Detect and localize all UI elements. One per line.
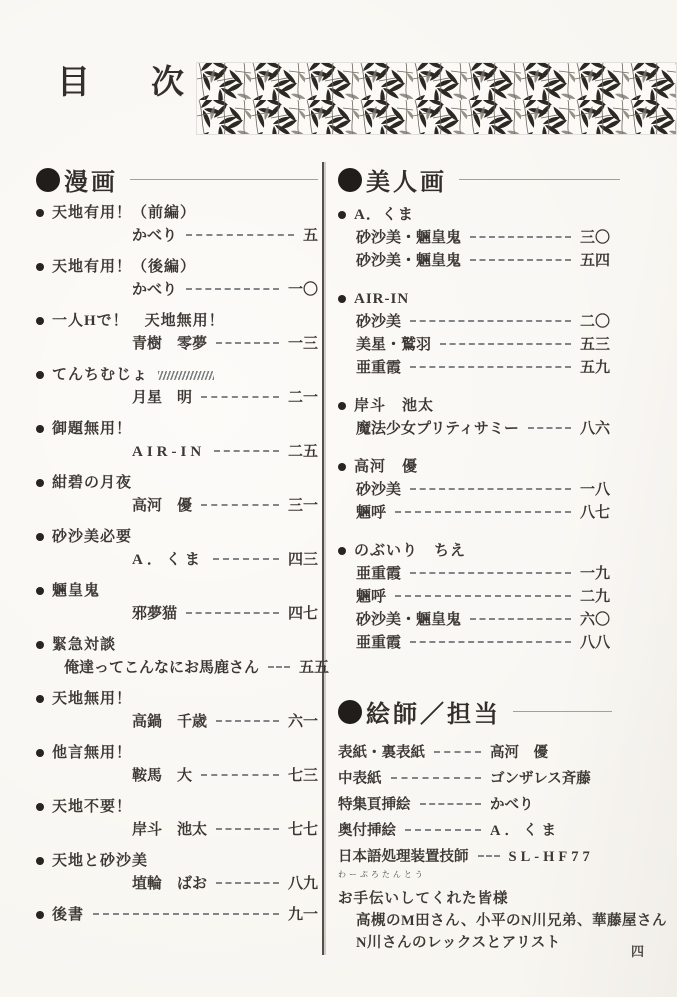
- bullet-icon: [36, 479, 44, 487]
- bullet-icon: [36, 533, 44, 541]
- dashed-leader: [470, 236, 571, 238]
- bullet-icon: [36, 803, 44, 811]
- artist-name: 岸斗 池太: [132, 820, 207, 840]
- artist-name: 岸斗 池太: [354, 396, 434, 416]
- entry-title-line: 緊急対談: [36, 635, 318, 655]
- page-number: 四七: [288, 604, 318, 624]
- page-number: 三〇: [580, 228, 610, 248]
- dashed-leader: [216, 882, 279, 884]
- page-number: 一八: [580, 480, 610, 500]
- dashed-leader: [470, 618, 571, 620]
- entry-credit-line: AIR-IN二五: [132, 442, 318, 462]
- thanks-line: 高槻のM田さん、小平のN川兄弟、華藤屋さん: [356, 910, 630, 932]
- dashed-leader: [410, 641, 571, 643]
- illustration-row: 美星・鷲羽五三: [356, 335, 610, 355]
- dashed-leader: [201, 774, 279, 776]
- credit-row: 特集頁挿絵かべり: [338, 796, 618, 815]
- folio-page-number: 四: [631, 941, 644, 960]
- entry-title-line: 御題無用！: [36, 419, 318, 439]
- entry-title-line: 天地と砂沙美: [36, 851, 318, 871]
- section-dot-icon: [36, 168, 60, 192]
- entry-credit-line: 青樹 零夢一三: [132, 334, 318, 354]
- bullet-icon: [338, 547, 346, 555]
- page-number: 九一: [288, 905, 318, 925]
- section-dot-icon: [338, 700, 362, 724]
- scanned-toc-page: 目 次: [0, 0, 677, 997]
- artist-group-header: 高河 優: [338, 457, 610, 477]
- illustration-title: 亜重霞: [356, 358, 401, 378]
- entry-credit-line: A．くま四三: [132, 550, 318, 570]
- dashed-leader: [201, 504, 279, 506]
- page-number: 八九: [288, 874, 318, 894]
- credit-row: 中表紙ゴンザレス斉藤: [338, 770, 618, 789]
- dashed-leader: [186, 234, 294, 236]
- illustration-title: 亜重霞: [356, 564, 401, 584]
- entry-title: 一人Hで！ 天地無用！: [52, 311, 225, 331]
- bullet-icon: [36, 587, 44, 595]
- credit-person-name: かべり: [490, 796, 618, 815]
- dashed-leader: [201, 396, 279, 398]
- page-number: 一〇: [288, 280, 318, 300]
- section-header-bijinga: 美人画: [338, 162, 622, 197]
- page-number: 一三: [288, 334, 318, 354]
- dashed-leader: [395, 595, 571, 597]
- section-label: 美人画: [366, 162, 447, 197]
- dashed-leader: [434, 751, 481, 753]
- page-number: 三一: [288, 496, 318, 516]
- illustration-title: 砂沙美・魎皇鬼: [356, 251, 461, 271]
- thanks-block: お手伝いしてくれた皆様 高槻のM田さん、小平のN川兄弟、華藤屋さん N川さんのレ…: [338, 888, 630, 954]
- dashed-leader: [216, 720, 279, 722]
- toc-entry: 緊急対談俺達ってこんなにお馬鹿さん五五: [36, 635, 318, 678]
- entry-title: 後書: [52, 905, 84, 925]
- illustration-row: 砂沙美・魎皇鬼六〇: [356, 610, 610, 630]
- entry-credit-line: かべり五: [132, 226, 318, 246]
- page-number: 四三: [288, 550, 318, 570]
- entry-credit-line: 高河 優三一: [132, 496, 318, 516]
- artist-name: A．くま: [354, 205, 414, 225]
- artist-name: 埴輪 ばお: [132, 874, 207, 894]
- dashed-leader: [186, 288, 279, 290]
- artist-name: AIR-IN: [354, 289, 409, 309]
- credit-role-label: 中表紙: [338, 770, 382, 789]
- bamboo-pattern-band: [196, 62, 677, 135]
- illustration-title: 魎呼: [356, 503, 386, 523]
- dashed-leader: [216, 828, 279, 830]
- page-number: 八八: [580, 633, 610, 653]
- artist-group: AIR-IN砂沙美二〇美星・鷲羽五三亜重霞五九: [338, 289, 610, 378]
- entry-title: 天地不要！: [52, 797, 132, 817]
- illustration-row: 亜重霞一九: [356, 564, 610, 584]
- page-number: 五五: [299, 658, 329, 678]
- entry-title: 天地と砂沙美: [52, 851, 148, 871]
- bullet-icon: [36, 371, 44, 379]
- dashed-leader: [410, 366, 571, 368]
- entry-title: 緊急対談: [52, 635, 116, 655]
- bullet-icon: [36, 857, 44, 865]
- section-header-credits: 絵師／担当: [338, 694, 614, 729]
- entry-title-line: 一人Hで！ 天地無用！: [36, 311, 318, 331]
- artist-name: 鞍馬 大: [132, 766, 192, 786]
- page-number: 七三: [288, 766, 318, 786]
- illustration-row: 魎呼八七: [356, 503, 610, 523]
- page-number: 八六: [580, 419, 610, 439]
- toc-entry: 他言無用！鞍馬 大七三: [36, 743, 318, 786]
- toc-entry: 天地無用！高鍋 千歳六一: [36, 689, 318, 732]
- dashed-leader: [391, 777, 482, 779]
- entry-title: 天地有用！（後編）: [52, 257, 196, 277]
- bullet-icon: [36, 911, 44, 919]
- section-header-manga: 漫画: [36, 162, 320, 197]
- page-number: 五三: [580, 335, 610, 355]
- artist-name: 俺達ってこんなにお馬鹿さん: [64, 658, 259, 678]
- entry-credit-line: かべり一〇: [132, 280, 318, 300]
- page-number: 五: [303, 226, 318, 246]
- dashed-leader: [528, 427, 571, 429]
- manga-entry-list: 天地有用！（前編）かべり五天地有用！（後編）かべり一〇一人Hで！ 天地無用！青樹…: [36, 203, 318, 936]
- page-number: 五九: [580, 358, 610, 378]
- page-number: 五四: [580, 251, 610, 271]
- illustration-title: 亜重霞: [356, 633, 401, 653]
- illustration-row: 砂沙美二〇: [356, 312, 610, 332]
- dashed-leader: [410, 572, 571, 574]
- bullet-icon: [338, 463, 346, 471]
- credit-role-label: 奥付挿絵: [338, 822, 396, 841]
- credit-row: 表紙・裏表紙高河 優: [338, 744, 618, 763]
- page-number: 二〇: [580, 312, 610, 332]
- dashed-leader: [410, 488, 571, 490]
- artist-name: のぶいり ちえ: [354, 541, 466, 561]
- bullet-icon: [36, 425, 44, 433]
- page-number: 二五: [288, 442, 318, 462]
- toc-entry: 魎皇鬼邪夢猫四七: [36, 581, 318, 624]
- entry-title: 天地無用！: [52, 689, 132, 709]
- toc-entry: 天地有用！（後編）かべり一〇: [36, 257, 318, 300]
- artist-name: かべり: [132, 226, 177, 246]
- page-number: 一九: [580, 564, 610, 584]
- entry-credit-line: 俺達ってこんなにお馬鹿さん五五: [64, 658, 318, 678]
- bullet-icon: [338, 211, 346, 219]
- entry-title: 紺碧の月夜: [52, 473, 132, 493]
- entry-title: 御題無用！: [52, 419, 132, 439]
- dashed-leader: [440, 343, 571, 345]
- illustration-row: 砂沙美・魎皇鬼五四: [356, 251, 610, 271]
- illustration-title: 砂沙美: [356, 480, 401, 500]
- entry-title-line: 後書九一: [36, 905, 318, 925]
- illustration-title: 砂沙美・魎皇鬼: [356, 228, 461, 248]
- entry-credit-line: 高鍋 千歳六一: [132, 712, 318, 732]
- entry-title-line: 天地有用！（後編）: [36, 257, 318, 277]
- bullet-icon: [36, 641, 44, 649]
- credit-role-label: 特集頁挿絵: [338, 796, 411, 815]
- entry-title-line: 砂沙美必要: [36, 527, 318, 547]
- thanks-heading: お手伝いしてくれた皆様: [338, 888, 630, 910]
- illustration-title: 美星・鷲羽: [356, 335, 431, 355]
- column-divider-rule: [322, 162, 324, 955]
- page-number: 八七: [580, 503, 610, 523]
- artist-name: 邪夢猫: [132, 604, 177, 624]
- credit-label-wrap: 日本語処理装置技師わーぷろたんとう: [338, 848, 469, 884]
- dashed-leader: [268, 666, 290, 668]
- entry-title-line: 他言無用！: [36, 743, 318, 763]
- credit-row: 奥付挿絵A．くま: [338, 822, 618, 841]
- dashed-leader: [410, 320, 571, 322]
- illustration-row: 魔法少女プリティサミー八六: [356, 419, 610, 439]
- bijinga-group-list: A．くま砂沙美・魎皇鬼三〇砂沙美・魎皇鬼五四AIR-IN砂沙美二〇美星・鷲羽五三…: [338, 205, 610, 671]
- artist-group-header: 岸斗 池太: [338, 396, 610, 416]
- illustration-row: 魎呼二九: [356, 587, 610, 607]
- illustration-row: 亜重霞八八: [356, 633, 610, 653]
- credit-row-list: 表紙・裏表紙高河 優中表紙ゴンザレス斉藤特集頁挿絵かべり奥付挿絵A．くま日本語処…: [338, 744, 618, 891]
- artist-name: 高河 優: [132, 496, 192, 516]
- entry-title: 天地有用！（前編）: [52, 203, 196, 223]
- artist-group-header: A．くま: [338, 205, 610, 225]
- credit-person-name: A．くま: [490, 822, 618, 841]
- entry-title-line: 天地有用！（前編）: [36, 203, 318, 223]
- section-label: 絵師／担当: [366, 694, 501, 729]
- artist-group-header: AIR-IN: [338, 289, 610, 309]
- illustration-row: 亜重霞五九: [356, 358, 610, 378]
- entry-title-line: 天地不要！: [36, 797, 318, 817]
- credit-person-name: SL-HF77: [509, 848, 637, 867]
- illustration-row: 砂沙美・魎皇鬼三〇: [356, 228, 610, 248]
- entry-title-line: 魎皇鬼: [36, 581, 318, 601]
- illustration-title: 魎呼: [356, 587, 386, 607]
- page-number: 二九: [580, 587, 610, 607]
- credit-label-wrap: 特集頁挿絵: [338, 796, 411, 815]
- entry-title-line: 紺碧の月夜: [36, 473, 318, 493]
- thanks-line: N川さんのレックスとアリスト: [356, 932, 630, 954]
- artist-name: 月星 明: [132, 388, 192, 408]
- artist-group: A．くま砂沙美・魎皇鬼三〇砂沙美・魎皇鬼五四: [338, 205, 610, 271]
- artist-name: 高河 優: [354, 457, 418, 477]
- credit-label-wrap: 奥付挿絵: [338, 822, 396, 841]
- dashed-leader: [405, 829, 481, 831]
- bullet-icon: [338, 402, 346, 410]
- dashed-leader: [478, 855, 500, 857]
- artist-group: のぶいり ちえ亜重霞一九魎呼二九砂沙美・魎皇鬼六〇亜重霞八八: [338, 541, 610, 653]
- section-label: 漫画: [64, 162, 118, 197]
- dashed-leader: [216, 342, 279, 344]
- entry-title-line: てんちむじょ: [36, 365, 318, 385]
- bamboo-pattern-art: [197, 63, 676, 134]
- entry-title: 他言無用！: [52, 743, 132, 763]
- toc-entry: 天地と砂沙美埴輪 ばお八九: [36, 851, 318, 894]
- toc-entry: 一人Hで！ 天地無用！青樹 零夢一三: [36, 311, 318, 354]
- artist-group: 高河 優砂沙美一八魎呼八七: [338, 457, 610, 523]
- artist-name: 高鍋 千歳: [132, 712, 207, 732]
- entry-title: てんちむじょ: [52, 365, 148, 385]
- artist-name: A．くま: [132, 550, 204, 570]
- toc-entry: 天地不要！岸斗 池太七七: [36, 797, 318, 840]
- bullet-icon: [36, 695, 44, 703]
- dashed-leader: [93, 913, 279, 915]
- entry-title: 魎皇鬼: [52, 581, 100, 601]
- toc-entry: 紺碧の月夜高河 優三一: [36, 473, 318, 516]
- section-rule: [130, 179, 318, 180]
- entry-title: 砂沙美必要: [52, 527, 132, 547]
- credit-person-name: ゴンザレス斉藤: [490, 770, 618, 789]
- credit-label-wrap: 表紙・裏表紙: [338, 744, 425, 763]
- dashed-leader: [186, 612, 279, 614]
- section-rule: [459, 179, 620, 180]
- artist-name: AIR-IN: [132, 442, 205, 462]
- toc-entry: 砂沙美必要A．くま四三: [36, 527, 318, 570]
- dashed-leader: [470, 259, 571, 261]
- page-number: 六一: [288, 712, 318, 732]
- illustration-title: 砂沙美: [356, 312, 401, 332]
- entry-title-line: 天地無用！: [36, 689, 318, 709]
- credit-row: 日本語処理装置技師わーぷろたんとうSL-HF77: [338, 848, 618, 884]
- artist-group: 岸斗 池太魔法少女プリティサミー八六: [338, 396, 610, 439]
- page-number: 七七: [288, 820, 318, 840]
- section-rule: [513, 711, 612, 712]
- squiggle-mark: [158, 371, 214, 380]
- illustration-row: 砂沙美一八: [356, 480, 610, 500]
- page-title: 目 次: [57, 56, 198, 103]
- illustration-title: 魔法少女プリティサミー: [356, 419, 519, 439]
- illustration-title: 砂沙美・魎皇鬼: [356, 610, 461, 630]
- artist-name: かべり: [132, 280, 177, 300]
- entry-credit-line: 邪夢猫四七: [132, 604, 318, 624]
- artist-name: 青樹 零夢: [132, 334, 207, 354]
- entry-credit-line: 岸斗 池太七七: [132, 820, 318, 840]
- bullet-icon: [338, 295, 346, 303]
- bullet-icon: [36, 209, 44, 217]
- credit-role-label: 表紙・裏表紙: [338, 744, 425, 763]
- artist-group-header: のぶいり ちえ: [338, 541, 610, 561]
- toc-entry: 後書九一: [36, 905, 318, 925]
- bullet-icon: [36, 749, 44, 757]
- toc-entry: 天地有用！（前編）かべり五: [36, 203, 318, 246]
- toc-entry: てんちむじょ月星 明二一: [36, 365, 318, 408]
- entry-credit-line: 埴輪 ばお八九: [132, 874, 318, 894]
- credit-person-name: 高河 優: [490, 744, 618, 763]
- page-number: 六〇: [580, 610, 610, 630]
- dashed-leader: [214, 450, 279, 452]
- dashed-leader: [420, 803, 482, 805]
- section-dot-icon: [338, 168, 362, 192]
- toc-entry: 御題無用！AIR-IN二五: [36, 419, 318, 462]
- furigana-annotation: わーぷろたんとう: [338, 865, 469, 884]
- bullet-icon: [36, 263, 44, 271]
- entry-credit-line: 鞍馬 大七三: [132, 766, 318, 786]
- dashed-leader: [213, 558, 279, 560]
- entry-credit-line: 月星 明二一: [132, 388, 318, 408]
- credit-label-wrap: 中表紙: [338, 770, 382, 789]
- bullet-icon: [36, 317, 44, 325]
- page-number: 二一: [288, 388, 318, 408]
- dashed-leader: [395, 511, 571, 513]
